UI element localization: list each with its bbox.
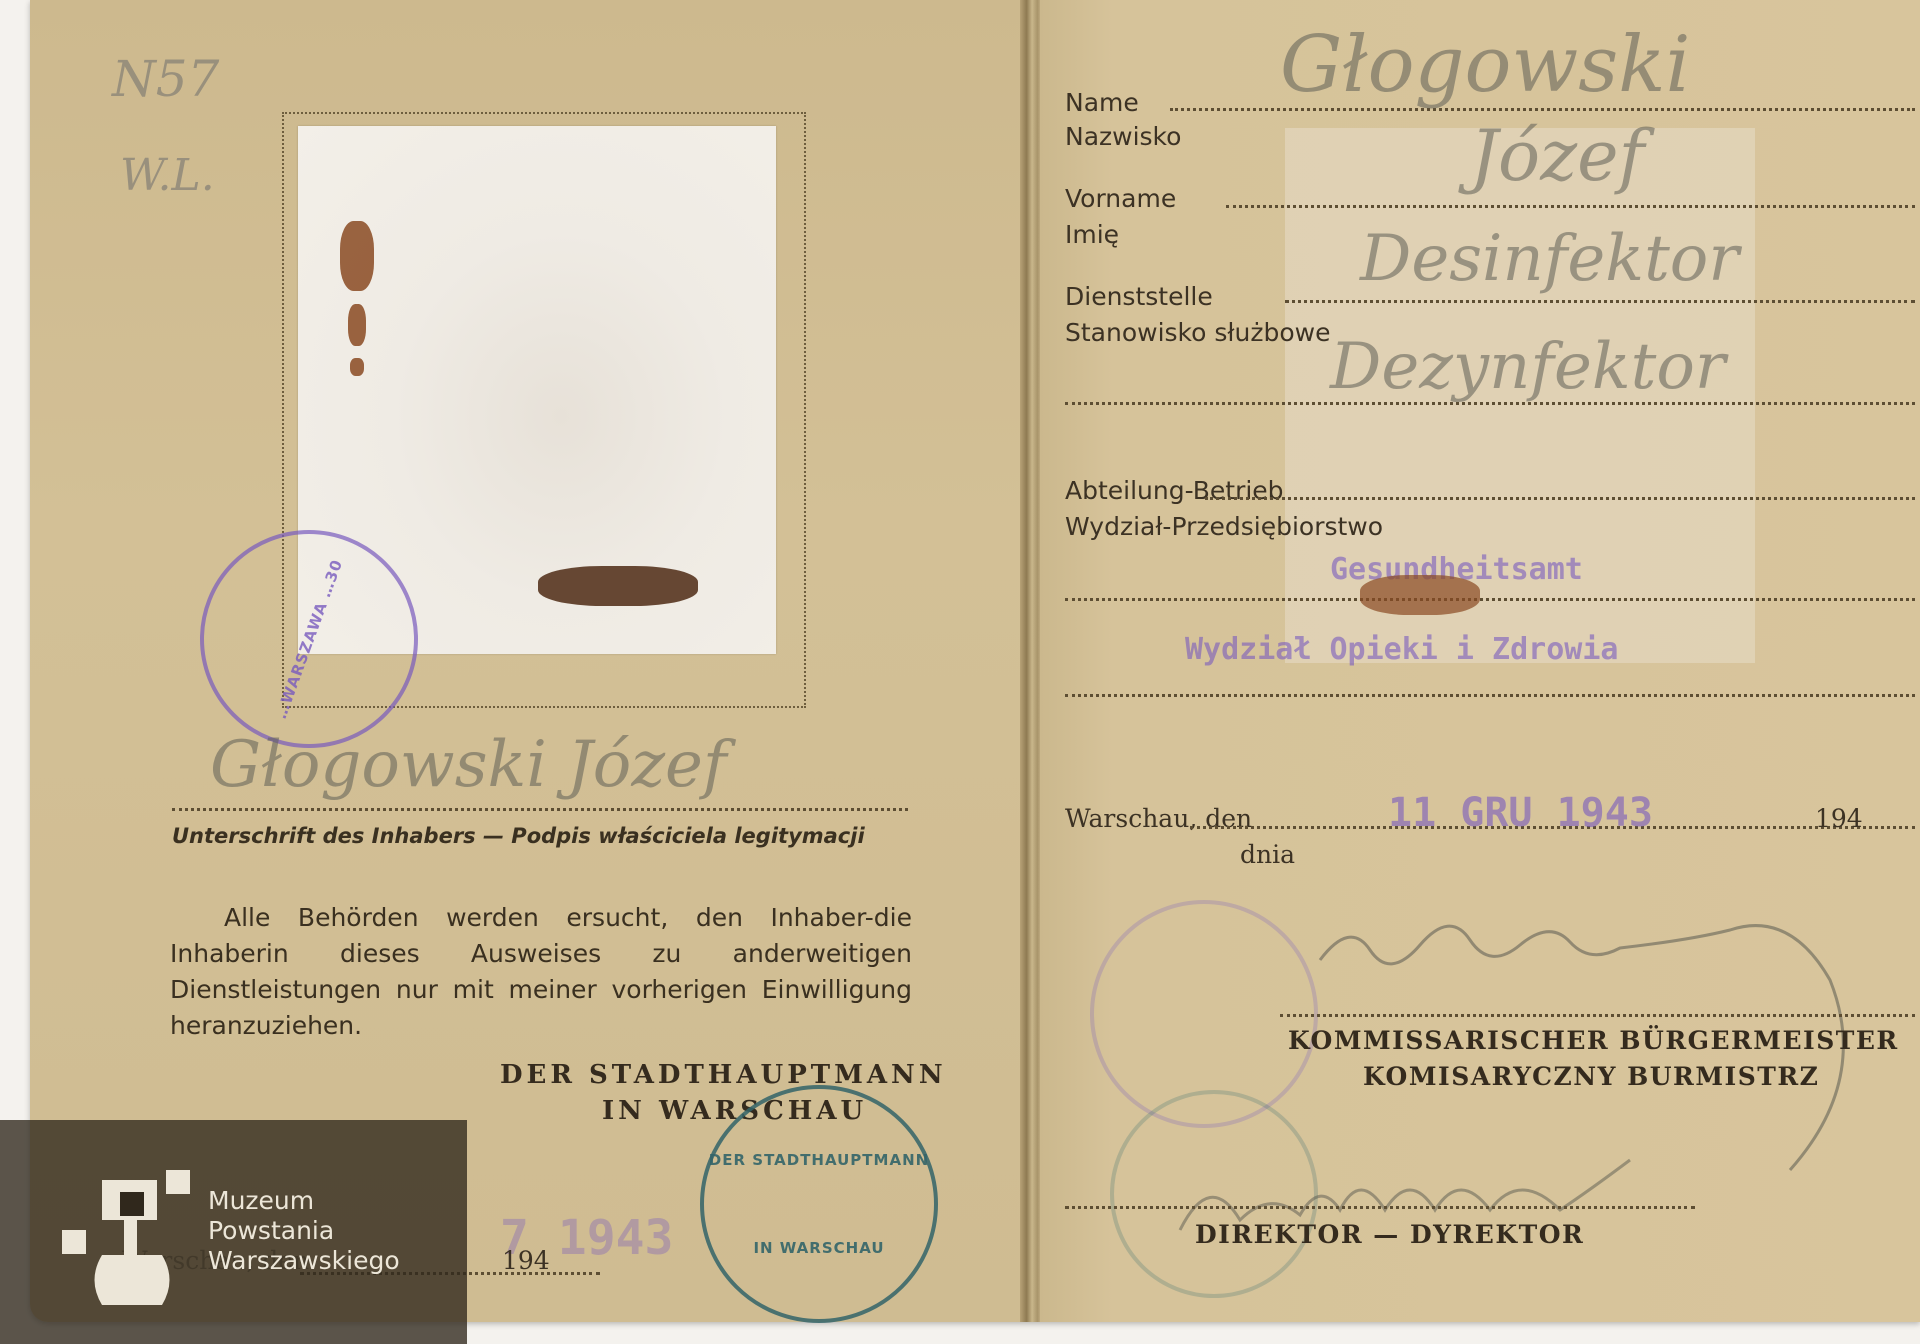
year-prefix: 194 <box>1815 806 1863 831</box>
field-label-department-pl: Wydział-Przedsiębiorstwo <box>1065 514 1383 539</box>
pencil-mark-initials: W.L. <box>120 150 215 201</box>
field-line-department-2 <box>1065 598 1915 601</box>
signature-line <box>172 808 908 811</box>
rust-stain <box>340 221 374 291</box>
director-signature-line <box>1065 1206 1695 1209</box>
rust-stain <box>538 566 698 606</box>
museum-name: Muzeum Powstania Warszawskiego <box>208 1186 400 1276</box>
signature-caption: Unterschrift des Inhabers — Podpis właśc… <box>172 824 865 848</box>
museum-name-line1: Muzeum <box>208 1186 400 1216</box>
rust-stain <box>1360 575 1480 615</box>
rust-stain <box>348 304 366 346</box>
field-value-name: Głogowski <box>1280 20 1690 110</box>
museum-watermark: Muzeum Powstania Warszawskiego <box>0 1120 467 1344</box>
year-prefix: 194 <box>502 1248 550 1273</box>
museum-name-line3: Warszawskiego <box>208 1246 400 1276</box>
director-title: DIREKTOR — DYREKTOR <box>1195 1220 1584 1249</box>
center-fold <box>1020 0 1042 1322</box>
field-label-firstname-pl: Imię <box>1065 222 1119 247</box>
field-label-position-pl: Stanowisko służbowe <box>1065 320 1330 345</box>
field-label-name-de: Name <box>1065 90 1139 115</box>
rust-stain <box>350 358 364 376</box>
official-seal-icon: …WARSZAWA …30 <box>200 530 418 748</box>
field-label-name-pl: Nazwisko <box>1065 124 1181 149</box>
seal-text: DER STADTHAUPTMANN IN WARSCHAU <box>709 1151 929 1257</box>
mayor-title-pl: KOMISARYCZNY BURMISTRZ <box>1363 1062 1819 1091</box>
department-stamp-line2: Wydział Opieki i Zdrowia <box>1185 632 1618 667</box>
date-stamp: 11 GRU 1943 <box>1388 790 1653 836</box>
seal-text: …WARSZAWA …30 <box>272 557 346 721</box>
field-value-firstname: Józef <box>1470 115 1644 197</box>
field-line-position <box>1285 300 1915 303</box>
museum-name-line2: Powstania <box>208 1216 400 1246</box>
field-label-firstname-de: Vorname <box>1065 186 1176 211</box>
official-seal-icon: DER STADTHAUPTMANN IN WARSCHAU <box>700 1085 938 1323</box>
holder-signature: Głogowski Józef <box>210 728 727 802</box>
authority-title-line1: DER STADTHAUPTMANN <box>500 1060 947 1090</box>
field-label-position-de: Dienststelle <box>1065 284 1213 309</box>
mayor-signature-line <box>1280 1014 1915 1017</box>
field-value-position-pl: Dezynfektor <box>1330 330 1725 404</box>
field-line-firstname <box>1226 205 1915 208</box>
field-line-position-2 <box>1065 402 1915 405</box>
field-value-position: Desinfektor <box>1360 222 1739 296</box>
authority-notice: Alle Behörden werden ersucht, den Inhabe… <box>170 900 912 1044</box>
place-label-pl: dnia <box>1240 842 1295 867</box>
field-line-department <box>1205 497 1915 500</box>
pencil-mark-number: N57 <box>112 50 219 108</box>
mayor-title-de: KOMMISSARISCHER BÜRGERMEISTER <box>1288 1026 1899 1055</box>
field-line-department-3 <box>1065 694 1915 697</box>
kotwica-anchor-icon <box>62 1160 192 1310</box>
